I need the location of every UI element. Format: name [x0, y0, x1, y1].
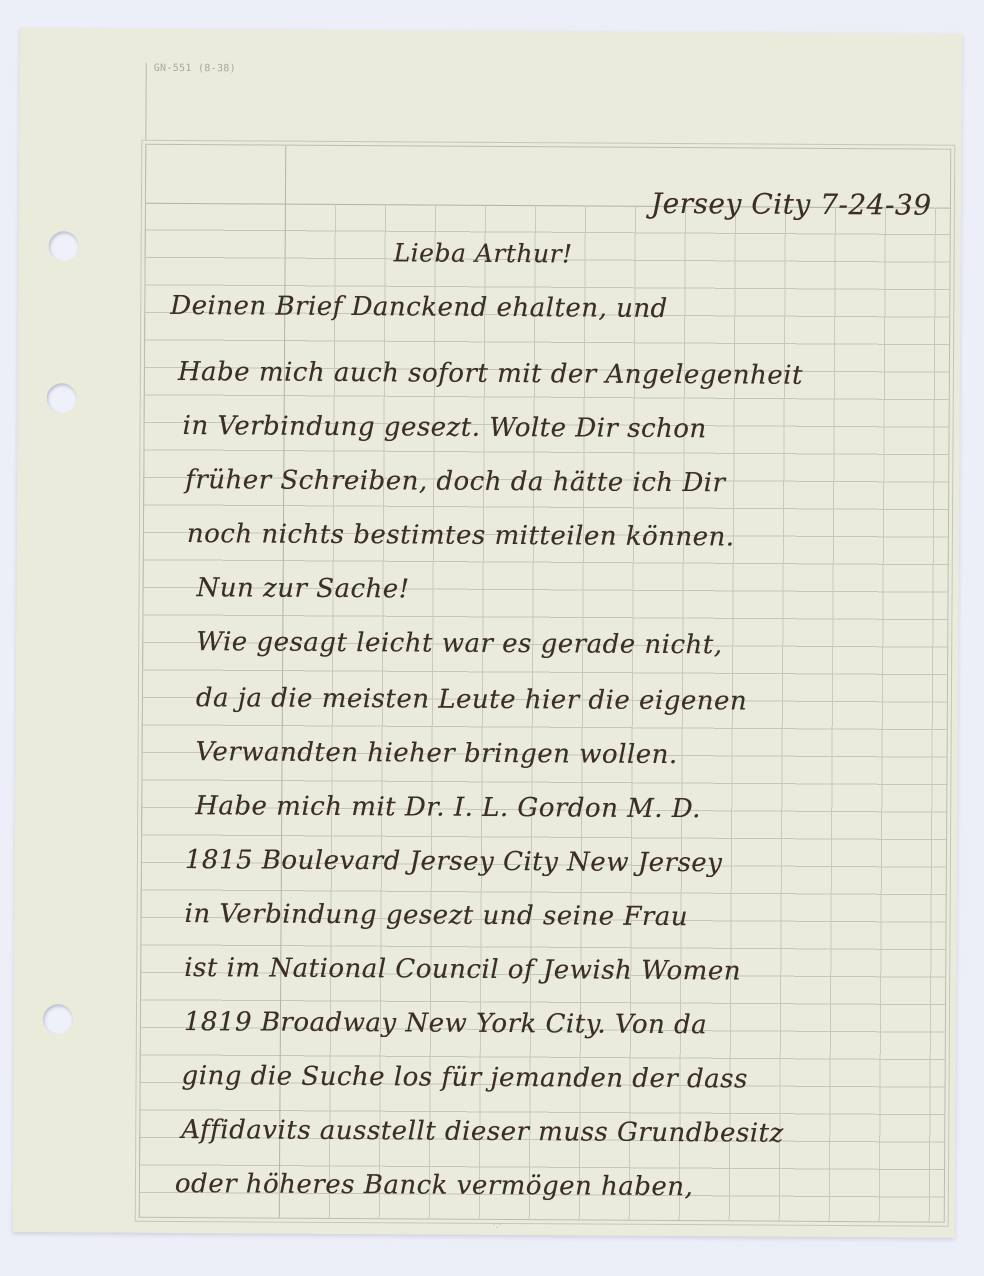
letter-line: da ja die meisten Leute hier die eigenen — [196, 683, 747, 716]
form-code: GN-551 (8-38) — [154, 63, 236, 75]
letter-line: 1815 Boulevard Jersey City New Jersey — [185, 845, 723, 878]
letter-line: Verwandten hieher bringen wollen. — [195, 737, 677, 770]
letter-line: Wie gesagt leicht war es gerade nicht, — [196, 627, 722, 660]
letter-line: in Verbindung gesezt und seine Frau — [184, 899, 688, 932]
letter-line: in Verbindung gesezt. Wolte Dir schon — [182, 411, 706, 444]
letter-line: Deinen Brief Danckend ehalten, und — [170, 291, 668, 324]
punch-hole-top — [49, 231, 79, 261]
letter-line: oder höheres Banck vermögen haben, — [175, 1169, 694, 1202]
letter-line: Habe mich mit Dr. I. L. Gordon M. D. — [195, 791, 701, 824]
letter-line: Nun zur Sache! — [196, 573, 409, 604]
letter-line: Habe mich auch sofort mit der Angelegenh… — [178, 357, 803, 391]
paper-mark: ·:· — [493, 1221, 502, 1231]
letter-line: früher Schreiben, doch da hätte ich Dir — [185, 465, 725, 498]
letter-line: 1819 Broadway New York City. Von da — [184, 1007, 707, 1040]
letter-line: noch nichts bestimtes mitteilen können. — [187, 519, 735, 552]
letter-line: ist im National Council of Jewish Women — [184, 953, 741, 986]
punch-hole-middle — [47, 383, 77, 413]
punch-hole-lower — [43, 1004, 73, 1034]
place-date: Jersey City 7-24-39 — [651, 187, 932, 222]
salutation: Lieba Arthur! — [394, 238, 573, 268]
letter-line: Affidavits ausstellt dieser muss Grundbe… — [181, 1115, 784, 1149]
letter-page: GN-551 (8-38) Jersey City 7-24-39 Lieba … — [13, 28, 962, 1238]
letter-line: ging die Suche los für jemanden der dass — [182, 1061, 749, 1094]
